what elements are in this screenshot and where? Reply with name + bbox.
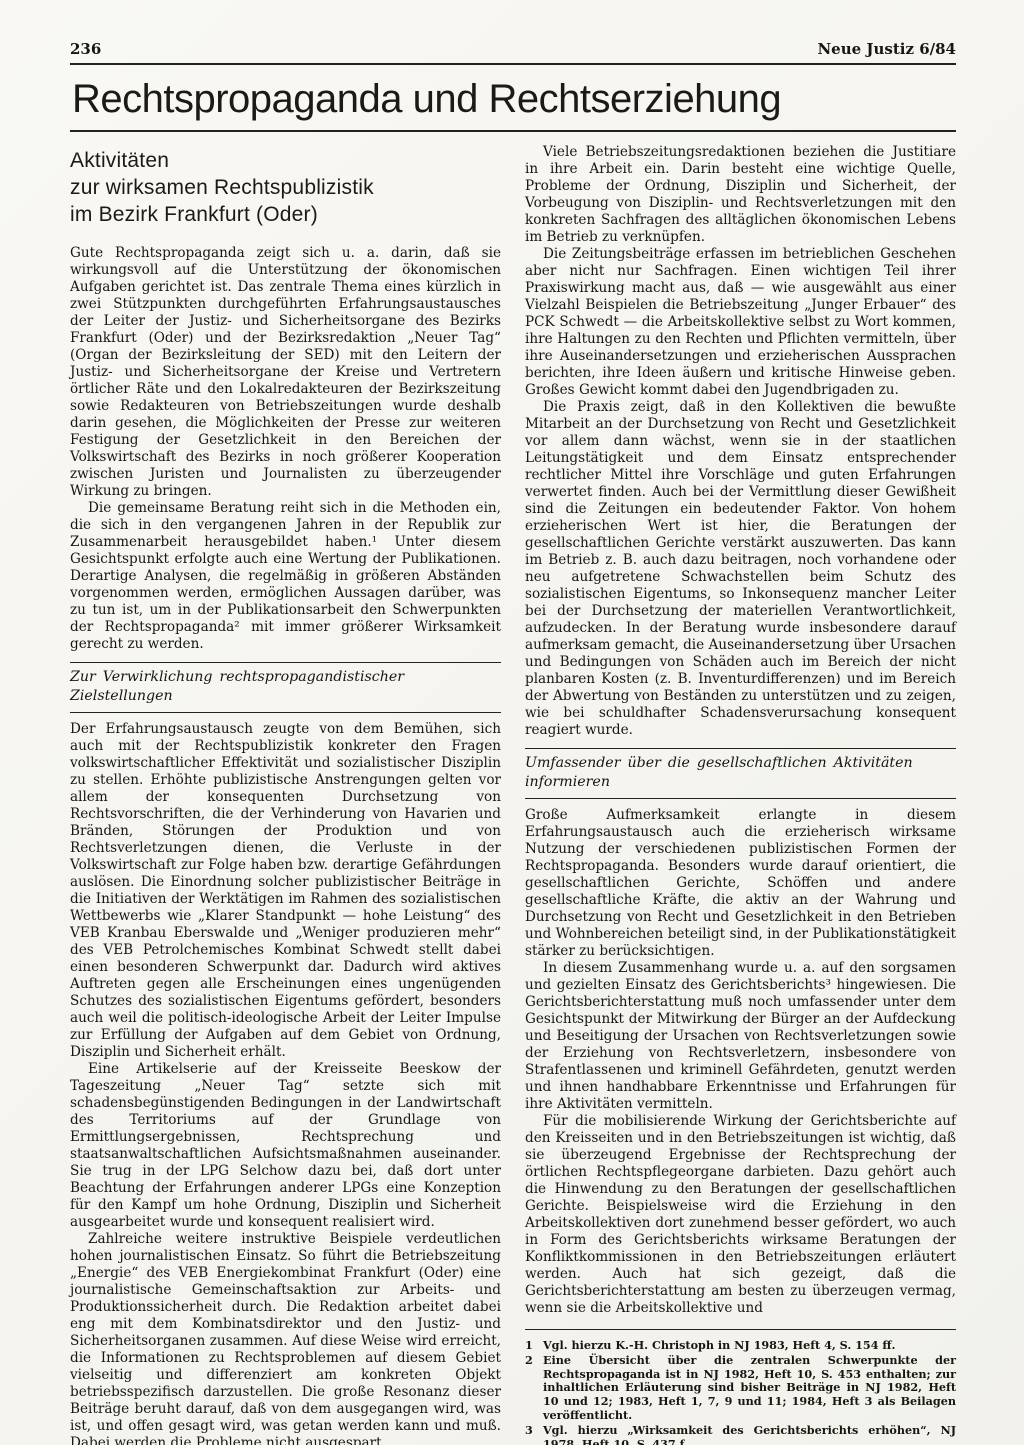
paragraph: Die Praxis zeigt, daß in den Kollektiven… (525, 399, 956, 739)
footnote-number: 3 (525, 1424, 543, 1445)
article-title: Rechtspropaganda und Rechtserziehung (70, 65, 956, 132)
paragraph: Für die mobilisierende Wirkung der Geric… (525, 1113, 956, 1317)
footnote: 1 Vgl. hierzu K.-H. Christoph in NJ 1983… (525, 1339, 956, 1353)
paragraph: Die Zeitungsbeiträge erfassen im betrieb… (525, 246, 956, 399)
footnote-text: Eine Übersicht über die zentralen Schwer… (543, 1354, 956, 1423)
page-number: 236 (70, 40, 101, 58)
footnotes: 1 Vgl. hierzu K.-H. Christoph in NJ 1983… (525, 1329, 956, 1445)
running-head: 236 Neue Justiz 6/84 (70, 40, 956, 65)
article-body: Aktivitäten zur wirksamen Rechtspublizis… (70, 144, 956, 1445)
paragraph: Zahlreiche weitere instruktive Beispiele… (70, 1231, 501, 1445)
subtitle-line: zur wirksamen Rechtspublizistik (70, 174, 501, 201)
paragraph: Die gemeinsame Beratung reiht sich in di… (70, 500, 501, 653)
footnote-text: Vgl. hierzu K.-H. Christoph in NJ 1983, … (543, 1339, 956, 1353)
footnote-number: 1 (525, 1339, 543, 1353)
section-heading: Umfassender über die gesellschaftlichen … (525, 748, 956, 799)
paragraph: Eine Artikelserie auf der Kreisseite Bee… (70, 1061, 501, 1231)
paragraph: Der Erfahrungsaustausch zeugte von dem B… (70, 721, 501, 1061)
paragraph: Gute Rechtspropaganda zeigt sich u. a. d… (70, 245, 501, 500)
left-column: Aktivitäten zur wirksamen Rechtspublizis… (70, 144, 501, 1445)
footnote-text: Vgl. hierzu „Wirksamkeit des Gerichtsber… (543, 1424, 956, 1445)
paragraph: Viele Betriebszeitungsredaktionen bezieh… (525, 144, 956, 246)
section-heading: Zur Verwirklichung rechtspropagandistisc… (70, 662, 501, 713)
right-column: Viele Betriebszeitungsredaktionen bezieh… (525, 144, 956, 1445)
footnote: 3 Vgl. hierzu „Wirksamkeit des Gerichtsb… (525, 1424, 956, 1445)
section-heading-text: Umfassender über die gesellschaftlichen … (525, 755, 913, 790)
paragraph: In diesem Zusammenhang wurde u. a. auf d… (525, 960, 956, 1113)
footnote-number: 2 (525, 1354, 543, 1423)
article-subtitle: Aktivitäten zur wirksamen Rechtspublizis… (70, 147, 501, 228)
section-heading-text: Zur Verwirklichung rechtspropagandistisc… (70, 669, 404, 704)
journal-page: 236 Neue Justiz 6/84 Rechtspropaganda un… (0, 0, 1024, 1445)
paragraph: Große Aufmerksamkeit erlangte in diesem … (525, 807, 956, 960)
subtitle-line: Aktivitäten (70, 147, 501, 174)
subtitle-line: im Bezirk Frankfurt (Oder) (70, 201, 501, 228)
journal-masthead: Neue Justiz 6/84 (817, 40, 956, 58)
footnote: 2 Eine Übersicht über die zentralen Schw… (525, 1354, 956, 1423)
